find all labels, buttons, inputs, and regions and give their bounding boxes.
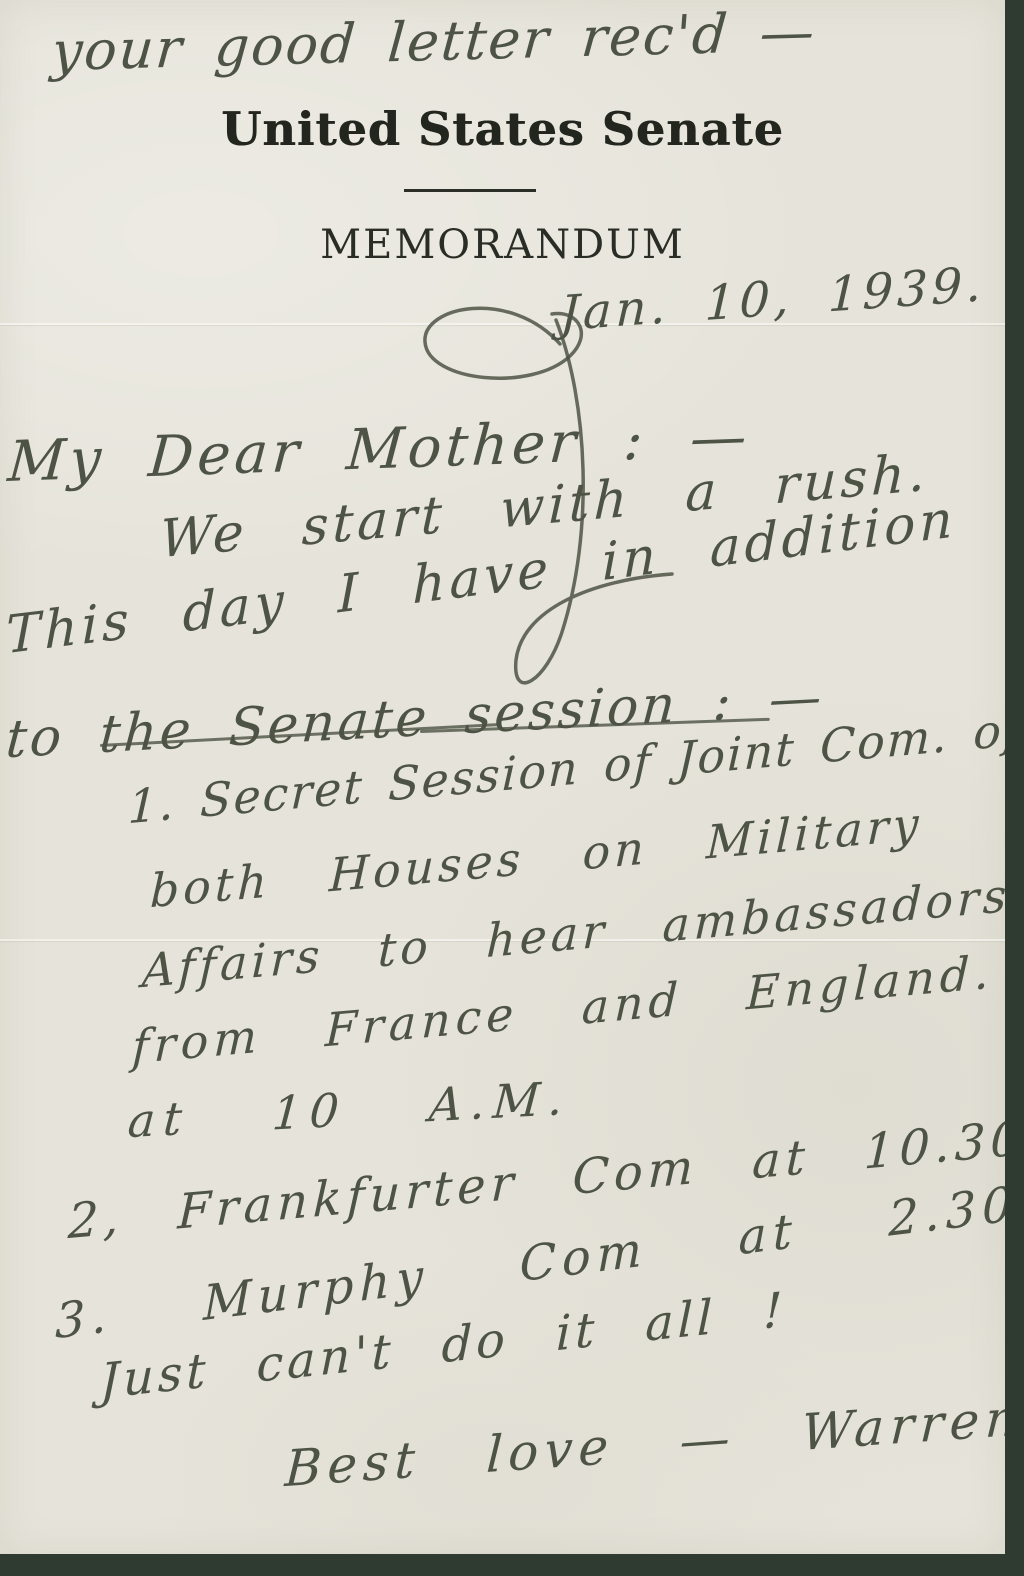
scan-edge-bottom xyxy=(0,1554,1024,1576)
letterhead-title: United States Senate xyxy=(0,102,1005,156)
scan-edge-right xyxy=(1005,0,1024,1576)
scanned-letter: your good letter rec'd — United States S… xyxy=(0,0,1024,1576)
memorandum-heading: MEMORANDUM xyxy=(0,222,1005,268)
letterhead-divider xyxy=(404,189,536,192)
fold-crease xyxy=(0,323,1005,325)
